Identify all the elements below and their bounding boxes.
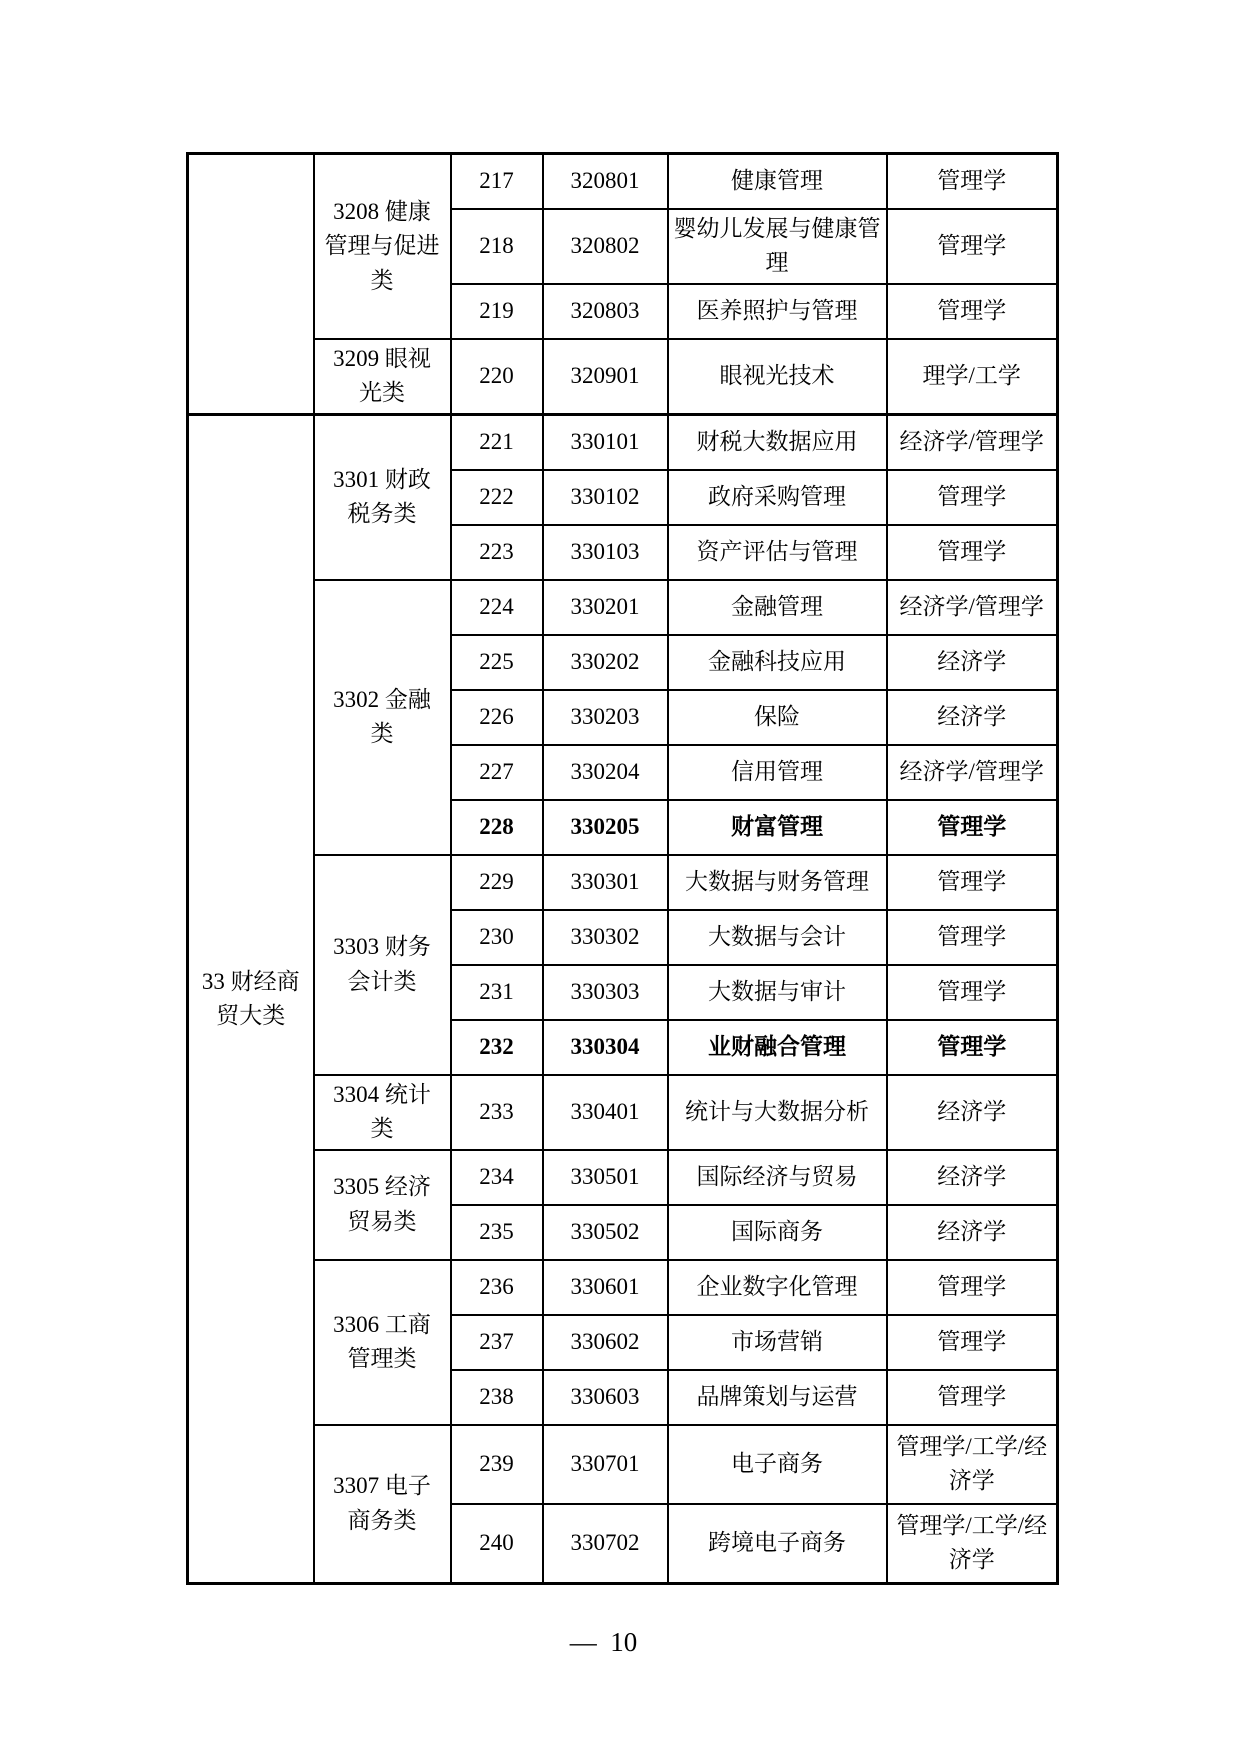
major-name-cell: 国际经济与贸易 [668,1150,887,1205]
seq-cell: 221 [451,415,543,470]
document-page: 3208 健康 管理与促进 类 217 320801 健康管理 管理学 218 … [0,0,1235,1749]
seq-cell: 224 [451,580,543,635]
degree-cell: 经济学/管理学 [887,745,1058,800]
code-cell: 330302 [543,910,668,965]
major-name-cell: 政府采购管理 [668,470,887,525]
sub-category-cell: 3303 财务 会计类 [314,855,451,1075]
seq-cell: 220 [451,339,543,415]
code-cell: 330601 [543,1260,668,1315]
major-category-cell: 33 财经商 贸大类 [188,415,314,1584]
seq-cell: 225 [451,635,543,690]
seq-cell: 222 [451,470,543,525]
degree-cell: 经济学 [887,690,1058,745]
sub-category-cell: 3302 金融 类 [314,580,451,855]
major-name-cell: 电子商务 [668,1425,887,1504]
degree-cell: 管理学 [887,1370,1058,1425]
major-name-cell: 统计与大数据分析 [668,1075,887,1150]
sub-category-cell: 3301 财政 税务类 [314,415,451,580]
degree-cell: 管理学 [887,525,1058,580]
major-name-cell: 眼视光技术 [668,339,887,415]
code-cell: 330501 [543,1150,668,1205]
degree-cell: 经济学 [887,635,1058,690]
degree-cell: 管理学 [887,1315,1058,1370]
major-name-cell: 保险 [668,690,887,745]
major-name-cell: 业财融合管理 [668,1020,887,1075]
code-cell: 330502 [543,1205,668,1260]
major-name-cell: 跨境电子商务 [668,1504,887,1584]
page-number: — 10 [570,1627,638,1657]
seq-cell: 232 [451,1020,543,1075]
major-name-cell: 品牌策划与运营 [668,1370,887,1425]
seq-cell: 219 [451,284,543,339]
code-cell: 330202 [543,635,668,690]
major-name-cell: 财税大数据应用 [668,415,887,470]
degree-cell: 管理学/工学/经 济学 [887,1425,1058,1504]
degree-cell: 理学/工学 [887,339,1058,415]
degree-cell: 管理学 [887,154,1058,209]
degree-cell: 管理学 [887,1020,1058,1075]
code-cell: 320803 [543,284,668,339]
seq-cell: 230 [451,910,543,965]
major-name-cell: 大数据与会计 [668,910,887,965]
code-cell: 330702 [543,1504,668,1584]
major-name-cell: 医养照护与管理 [668,284,887,339]
degree-cell: 管理学 [887,470,1058,525]
seq-cell: 223 [451,525,543,580]
code-cell: 330701 [543,1425,668,1504]
major-name-cell: 金融管理 [668,580,887,635]
seq-cell: 218 [451,209,543,284]
seq-cell: 228 [451,800,543,855]
seq-cell: 234 [451,1150,543,1205]
code-cell: 330301 [543,855,668,910]
program-table: 3208 健康 管理与促进 类 217 320801 健康管理 管理学 218 … [186,152,1059,1585]
major-category-cell-continued [188,154,314,415]
major-name-cell: 大数据与财务管理 [668,855,887,910]
degree-cell: 管理学/工学/经 济学 [887,1504,1058,1584]
major-name-cell: 婴幼儿发展与健康管 理 [668,209,887,284]
degree-cell: 管理学 [887,965,1058,1020]
degree-cell: 经济学/管理学 [887,580,1058,635]
degree-cell: 管理学 [887,855,1058,910]
major-name-cell: 资产评估与管理 [668,525,887,580]
degree-cell: 经济学 [887,1075,1058,1150]
sub-category-cell: 3305 经济 贸易类 [314,1150,451,1260]
seq-cell: 238 [451,1370,543,1425]
sub-category-cell: 3208 健康 管理与促进 类 [314,154,451,339]
sub-category-cell: 3209 眼视 光类 [314,339,451,415]
seq-cell: 233 [451,1075,543,1150]
code-cell: 330401 [543,1075,668,1150]
degree-cell: 经济学 [887,1150,1058,1205]
sub-category-cell: 3307 电子 商务类 [314,1425,451,1584]
major-name-cell: 国际商务 [668,1205,887,1260]
code-cell: 330103 [543,525,668,580]
sub-category-cell: 3306 工商 管理类 [314,1260,451,1425]
major-name-cell: 健康管理 [668,154,887,209]
page-footer: — 10 [0,1626,1235,1658]
major-name-cell: 财富管理 [668,800,887,855]
seq-cell: 237 [451,1315,543,1370]
seq-cell: 231 [451,965,543,1020]
code-cell: 330201 [543,580,668,635]
code-cell: 320802 [543,209,668,284]
degree-cell: 管理学 [887,209,1058,284]
seq-cell: 236 [451,1260,543,1315]
seq-cell: 235 [451,1205,543,1260]
code-cell: 330303 [543,965,668,1020]
code-cell: 330101 [543,415,668,470]
seq-cell: 226 [451,690,543,745]
major-name-cell: 市场营销 [668,1315,887,1370]
code-cell: 320801 [543,154,668,209]
major-name-cell: 大数据与审计 [668,965,887,1020]
major-name-cell: 信用管理 [668,745,887,800]
code-cell: 330205 [543,800,668,855]
major-name-cell: 金融科技应用 [668,635,887,690]
code-cell: 330304 [543,1020,668,1075]
code-cell: 330102 [543,470,668,525]
major-name-cell: 企业数字化管理 [668,1260,887,1315]
degree-cell: 经济学/管理学 [887,415,1058,470]
seq-cell: 240 [451,1504,543,1584]
seq-cell: 239 [451,1425,543,1504]
degree-cell: 管理学 [887,910,1058,965]
code-cell: 330204 [543,745,668,800]
seq-cell: 227 [451,745,543,800]
code-cell: 330203 [543,690,668,745]
seq-cell: 229 [451,855,543,910]
degree-cell: 管理学 [887,1260,1058,1315]
code-cell: 320901 [543,339,668,415]
seq-cell: 217 [451,154,543,209]
sub-category-cell: 3304 统计 类 [314,1075,451,1150]
degree-cell: 经济学 [887,1205,1058,1260]
degree-cell: 管理学 [887,284,1058,339]
code-cell: 330602 [543,1315,668,1370]
code-cell: 330603 [543,1370,668,1425]
degree-cell: 管理学 [887,800,1058,855]
